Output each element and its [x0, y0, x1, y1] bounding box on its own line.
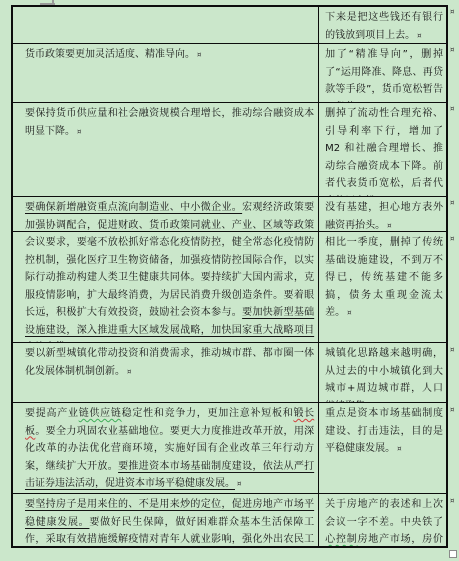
- table-row: 要坚持房子是用来住的、不是用来炒的定位，促进房地产市场平稳健康发展。要做好民生保…: [13, 494, 446, 546]
- end-of-row-mark: ¤: [450, 105, 454, 113]
- comment-cell[interactable]: 关于房地产的表述和上次会议一字不差。中央铁了心控制房地产市场，房价大涨不可能: [319, 494, 446, 546]
- end-of-cell-mark: ¤: [345, 309, 351, 317]
- end-of-row-mark: ¤: [450, 46, 454, 54]
- table-row: 要以新型城镇化带动投资和消费需求，推动城市群、都市圈一体化发展体制机制创新。¤城…: [13, 343, 446, 403]
- table-row: 下来是把这些钱还有银行的钱放到项目上去。¤: [13, 7, 446, 44]
- policy-cell[interactable]: 货币政策要更加灵活适度、精准导向。¤: [13, 44, 319, 102]
- text-segment: 删掉了流动性合理充裕、引导利率下行，增加了 M2 和社融合理增长、推动综合融资成…: [325, 108, 443, 196]
- end-of-row-mark: ¤: [450, 8, 454, 16]
- end-of-row-mark: ¤: [450, 346, 454, 354]
- table-row: 要提高产业链供应链稳定性和竞争力，更加注意补短板和锻长板。要全力巩固农业基础地位…: [13, 403, 446, 494]
- end-of-cell-mark: ¤: [415, 32, 421, 40]
- policy-cell[interactable]: [13, 7, 319, 43]
- text-segment: 相比一季度，删掉了传统基础设施建设，不到万不得已，传统基建不能多搞，债务太重现金…: [325, 237, 443, 318]
- comparison-table: 下来是把这些钱还有银行的钱放到项目上去。¤货币政策要更加灵活适度、精准导向。¤加…: [11, 5, 448, 548]
- end-of-cell-mark: ¤: [125, 368, 131, 376]
- text-segment: 要提高产业: [25, 408, 79, 419]
- text-segment: 加了“精准导向”，删掉了“运用降准、降息、再贷款等手段”，货币宽松暂告一段落。: [325, 49, 443, 102]
- text-segment: 关于房地产的表述和上次会议一字不差。中央铁了: [325, 499, 443, 528]
- comment-cell[interactable]: 相比一季度，删掉了传统基础设施建设，不到万不得已，传统基建不能多搞，债务太重现金…: [319, 232, 446, 342]
- text-segment: 货币政策要更加灵活适度、精准导向。: [25, 49, 195, 60]
- end-of-cell-mark: ¤: [75, 128, 81, 136]
- text-segment: 城镇化思路越来越明确，从过去的中小城镇化到大城市+周边城市群，人口继续聚集。: [325, 348, 443, 402]
- text-segment: 链供应链: [79, 408, 122, 419]
- end-of-cell-mark: ¤: [385, 222, 391, 230]
- policy-cell[interactable]: 要提高产业链供应链稳定性和竞争力，更加注意补短板和锻长板。要全力巩固农业基础地位…: [13, 403, 319, 493]
- text-segment: 会议要求，要毫不放松抓好常态化疫情防控，健全常态化疫情防控机制，强化医疗卫生物资…: [25, 237, 314, 318]
- text-segment: 要确保新增融资重点流向制造业、中小微企业。: [25, 202, 242, 213]
- text-segment: 要以新型城镇化带动投资和消费需求，推动城市群、都市圈一体化发展体制机制创新。: [25, 348, 314, 377]
- policy-cell[interactable]: 要确保新增融资重点流向制造业、中小微企业。宏观经济政策要加强协调配合，促进财政、…: [13, 197, 319, 231]
- end-of-row-mark: ¤: [450, 497, 454, 505]
- comment-cell[interactable]: 城镇化思路越来越明确，从过去的中小城镇化到大城市+周边城市群，人口继续聚集。¤: [319, 343, 446, 402]
- end-of-cell-mark: ¤: [235, 480, 241, 488]
- end-of-row-mark: ¤: [450, 406, 454, 414]
- policy-cell[interactable]: 会议要求，要毫不放松抓好常态化疫情防控，健全常态化疫情防控机制，强化医疗卫生物资…: [13, 232, 319, 342]
- table-resize-handle[interactable]: [449, 550, 457, 558]
- text-segment: 要保持货币供应量和社会融资规模合理增长，推动综合融资成本明显下降。: [25, 108, 314, 137]
- comment-cell[interactable]: 下来是把这些钱还有银行的钱放到项目上去。¤: [319, 7, 446, 43]
- comment-cell[interactable]: 没有基建，担心地方表外融资再抬头。¤: [319, 197, 446, 231]
- table-row: 会议要求，要毫不放松抓好常态化疫情防控，健全常态化疫情防控机制，强化医疗卫生物资…: [13, 232, 446, 343]
- table-row: 要保持货币供应量和社会融资规模合理增长，推动综合融资成本明显下降。¤删掉了流动性…: [13, 103, 446, 197]
- document-page: { "page": { "background_color": "#cbe7cb…: [0, 0, 459, 561]
- policy-cell[interactable]: 要坚持房子是用来住的、不是用来炒的定位，促进房地产市场平稳健康发展。要做好民生保…: [13, 494, 319, 546]
- policy-cell[interactable]: 要保持货币供应量和社会融资规模合理增长，推动综合融资成本明显下降。¤: [13, 103, 319, 196]
- table-row: 货币政策要更加灵活适度、精准导向。¤加了“精准导向”，删掉了“运用降准、降息、再…: [13, 44, 446, 103]
- comment-cell[interactable]: 删掉了流动性合理充裕、引导利率下行，增加了 M2 和社融合理增长、推动综合融资成…: [319, 103, 446, 196]
- table-row: 要确保新增融资重点流向制造业、中小微企业。宏观经济政策要加强协调配合，促进财政、…: [13, 197, 446, 232]
- end-of-cell-mark: ¤: [395, 445, 401, 453]
- end-of-cell-mark: ¤: [195, 51, 201, 59]
- text-segment: 下来是把这些钱还有银行的钱放到项目上去。: [325, 12, 443, 41]
- text-segment: 重点是资本市场基础制度建设、打击违法，目的是平稳健康发展。: [325, 408, 443, 454]
- text-segment: 心控制: [325, 534, 357, 545]
- policy-cell[interactable]: 要以新型城镇化带动投资和消费需求，推动城市群、都市圈一体化发展体制机制创新。¤: [13, 343, 319, 402]
- text-segment: 稳定性和竞争力，更加注意补短板和: [122, 408, 294, 419]
- end-of-row-mark: ¤: [450, 199, 454, 207]
- comment-cell[interactable]: 重点是资本市场基础制度建设、打击违法，目的是平稳健康发展。¤: [319, 403, 446, 493]
- comment-cell[interactable]: 加了“精准导向”，删掉了“运用降准、降息、再贷款等手段”，货币宽松暂告一段落。¤: [319, 44, 446, 102]
- end-of-row-mark: ¤: [450, 235, 454, 243]
